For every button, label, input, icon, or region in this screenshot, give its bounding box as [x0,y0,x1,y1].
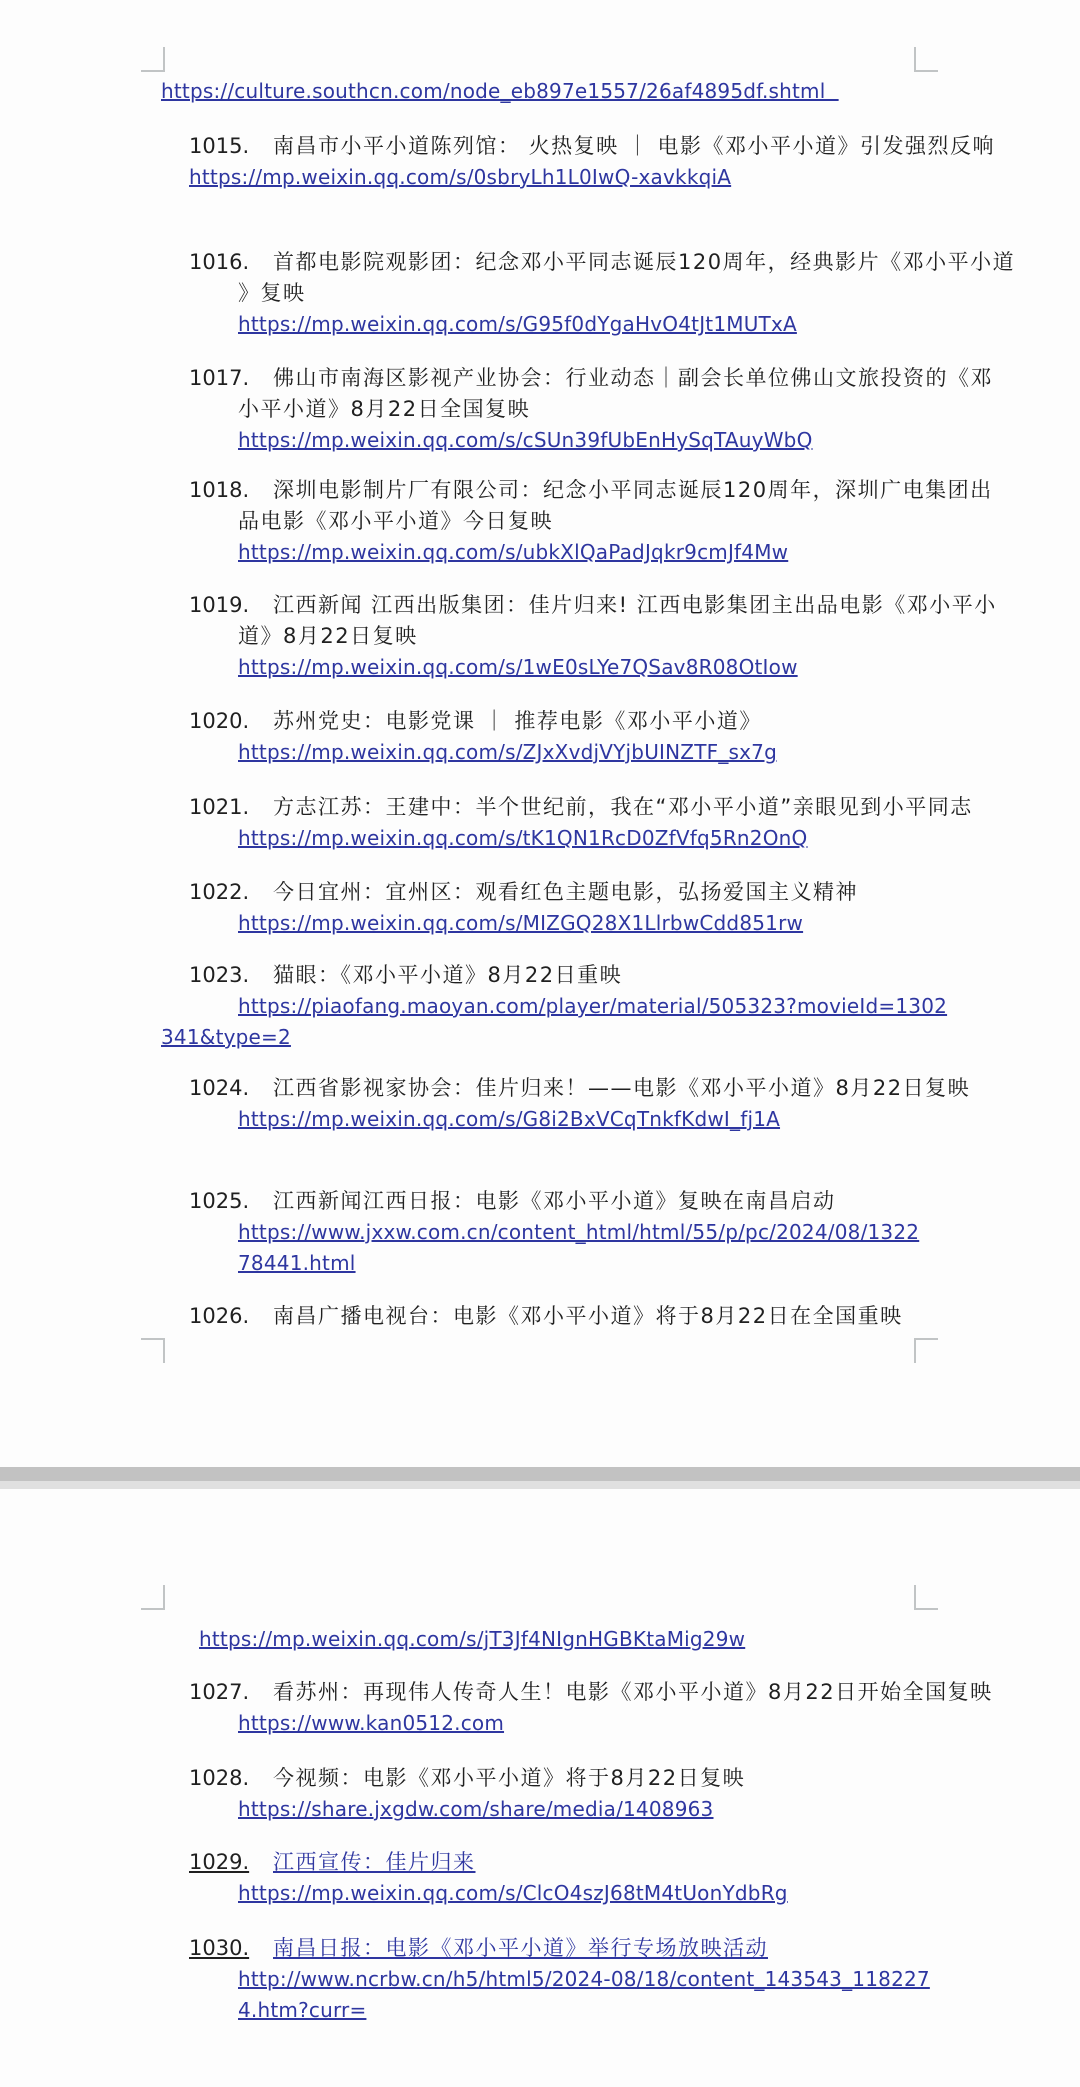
item-number: 1029. [189,1847,249,1878]
text-row: 》复映 [0,278,1080,309]
item-url-link[interactable]: https://share.jxgdw.com/share/media/1408… [238,1794,714,1825]
list-item: 1025.江西新闻江西日报：电影《邓小平小道》复映在南昌启动https://ww… [0,1186,1080,1279]
text-row: https://mp.weixin.qq.com/s/G95f0dYgaHvO4… [0,309,1080,340]
item-title-continuation: 道》8月22日复映 [238,621,418,652]
item-url-link[interactable]: 4.htm?curr= [238,1995,366,2026]
text-row: 1029.江西宣传：佳片归来 [0,1847,1080,1878]
item-title: 江西新闻 江西出版集团：佳片归来! 江西电影集团主出品电影《邓小平小 [273,590,997,621]
text-row: https://www.jxxw.com.cn/content_html/htm… [0,1217,1080,1248]
page2-corner-mark-top-right [914,1585,938,1610]
item-title: 佛山市南海区影视产业协会：行业动态｜副会长单位佛山文旅投资的《邓 [273,363,993,394]
text-row: 1015.南昌市小平小道陈列馆： 火热复映 ｜ 电影《邓小平小道》引发强烈反响 [0,131,1080,162]
text-row: 1017.佛山市南海区影视产业协会：行业动态｜副会长单位佛山文旅投资的《邓 [0,363,1080,394]
text-row: 1028.今视频：电影《邓小平小道》将于8月22日复映 [0,1763,1080,1794]
item-url-link[interactable]: https://piaofang.maoyan.com/player/mater… [238,991,947,1022]
item-url-link[interactable]: 341&type=2 [161,1022,291,1053]
page1-corner-mark-bottom-right [914,1338,938,1363]
item-url-link[interactable]: http://www.ncrbw.cn/h5/html5/2024-08/18/… [238,1964,930,1995]
item-title: 方志江苏：王建中：半个世纪前，我在“邓小平小道”亲眼见到小平同志 [273,792,973,823]
list-item: 1015.南昌市小平小道陈列馆： 火热复映 ｜ 电影《邓小平小道》引发强烈反响h… [0,131,1080,193]
item-title: 今日宜州：宜州区：观看红色主题电影，弘扬爱国主义精神 [273,877,858,908]
text-row: 道》8月22日复映 [0,621,1080,652]
list-item: 1024.江西省影视家协会：佳片归来！——电影《邓小平小道》8月22日复映htt… [0,1073,1080,1135]
list-item: 1028.今视频：电影《邓小平小道》将于8月22日复映https://share… [0,1763,1080,1825]
item-title-link[interactable]: 南昌日报：电影《邓小平小道》举行专场放映活动 [273,1933,768,1964]
text-row: 1022.今日宜州：宜州区：观看红色主题电影，弘扬爱国主义精神 [0,877,1080,908]
item-number: 1023. [189,960,249,991]
item-url-link[interactable]: 78441.html [238,1248,356,1279]
item-number: 1021. [189,792,249,823]
item-url-link[interactable]: https://mp.weixin.qq.com/s/tK1QN1RcD0ZfV… [238,823,808,854]
item-url-link[interactable]: https://mp.weixin.qq.com/s/cSUn39fUbEnHy… [238,425,813,456]
list-item: 1023.猫眼：《邓小平小道》8月22日重映https://piaofang.m… [0,960,1080,1053]
item-number: 1024. [189,1073,249,1104]
item-title-continuation: 小平小道》8月22日全国复映 [238,394,530,425]
list-item: 1016.首都电影院观影团：纪念邓小平同志诞辰120周年，经典影片《邓小平小道》… [0,247,1080,340]
list-item: 1027.看苏州：再现伟人传奇人生！电影《邓小平小道》8月22日开始全国复映ht… [0,1677,1080,1739]
text-row: 小平小道》8月22日全国复映 [0,394,1080,425]
text-row: https://mp.weixin.qq.com/s/MIZGQ28X1Llrb… [0,908,1080,939]
text-row: https://mp.weixin.qq.com/s/tK1QN1RcD0ZfV… [0,823,1080,854]
list-item: 1020.苏州党史：电影党课 ｜ 推荐电影《邓小平小道》https://mp.w… [0,706,1080,768]
list-item: 1030.南昌日报：电影《邓小平小道》举行专场放映活动http://www.nc… [0,1933,1080,2026]
document-canvas: https://culture.southcn.com/node_eb897e1… [0,0,1080,2087]
item-title: 南昌广播电视台：电影《邓小平小道》将于8月22日在全国重映 [273,1301,903,1332]
text-row: https://mp.weixin.qq.com/s/G8i2BxVCqTnkf… [0,1104,1080,1135]
item-title: 南昌市小平小道陈列馆： 火热复映 ｜ 电影《邓小平小道》引发强烈反响 [273,131,995,162]
list-item: 1022.今日宜州：宜州区：观看红色主题电影，弘扬爱国主义精神https://m… [0,877,1080,939]
list-item: 1018.深圳电影制片厂有限公司：纪念小平同志诞辰120周年，深圳广电集团出品电… [0,475,1080,568]
page1-corner-mark-bottom-left [141,1338,165,1363]
list-item: 1026.南昌广播电视台：电影《邓小平小道》将于8月22日在全国重映 [0,1301,1080,1332]
item-number: 1019. [189,590,249,621]
text-row: 1018.深圳电影制片厂有限公司：纪念小平同志诞辰120周年，深圳广电集团出 [0,475,1080,506]
item-url-link[interactable]: https://mp.weixin.qq.com/s/G95f0dYgaHvO4… [238,309,797,340]
text-row: 1021.方志江苏：王建中：半个世纪前，我在“邓小平小道”亲眼见到小平同志 [0,792,1080,823]
page1-corner-mark-top-left [141,47,165,72]
text-row: 1024.江西省影视家协会：佳片归来！——电影《邓小平小道》8月22日复映 [0,1073,1080,1104]
item-number: 1015. [189,131,249,162]
text-row: 1020.苏州党史：电影党课 ｜ 推荐电影《邓小平小道》 [0,706,1080,737]
text-row: https://mp.weixin.qq.com/s/jT3Jf4NIgnHGB… [0,1624,1080,1655]
url-continuation-line: https://mp.weixin.qq.com/s/jT3Jf4NIgnHGB… [0,1624,1080,1655]
page-separator-shadow [0,1481,1080,1489]
item-number: 1018. [189,475,249,506]
item-url-link[interactable]: https://mp.weixin.qq.com/s/ZJxXvdjVYjbUI… [238,737,777,768]
list-item: 1017.佛山市南海区影视产业协会：行业动态｜副会长单位佛山文旅投资的《邓小平小… [0,363,1080,456]
continuation-url-link[interactable]: https://mp.weixin.qq.com/s/jT3Jf4NIgnHGB… [199,1624,745,1655]
item-url-link[interactable]: https://mp.weixin.qq.com/s/0sbryLh1L0IwQ… [189,162,731,193]
text-row: 341&type=2 [0,1022,1080,1053]
text-row: 1016.首都电影院观影团：纪念邓小平同志诞辰120周年，经典影片《邓小平小道 [0,247,1080,278]
item-number: 1027. [189,1677,249,1708]
item-title: 猫眼：《邓小平小道》8月22日重映 [273,960,622,991]
text-row: 1030.南昌日报：电影《邓小平小道》举行专场放映活动 [0,1933,1080,1964]
item-url-link[interactable]: https://mp.weixin.qq.com/s/1wE0sLYe7QSav… [238,652,798,683]
item-number: 1026. [189,1301,249,1332]
item-title: 首都电影院观影团：纪念邓小平同志诞辰120周年，经典影片《邓小平小道 [273,247,1015,278]
item-url-link[interactable]: https://mp.weixin.qq.com/s/ClcO4szJ68tM4… [238,1878,788,1909]
text-row: https://mp.weixin.qq.com/s/1wE0sLYe7QSav… [0,652,1080,683]
item-url-link[interactable]: https://mp.weixin.qq.com/s/ubkXlQaPadJqk… [238,537,788,568]
text-row: https://piaofang.maoyan.com/player/mater… [0,991,1080,1022]
item-url-link[interactable]: https://mp.weixin.qq.com/s/G8i2BxVCqTnkf… [238,1104,780,1135]
text-row: 1023.猫眼：《邓小平小道》8月22日重映 [0,960,1080,991]
item-title: 江西省影视家协会：佳片归来！——电影《邓小平小道》8月22日复映 [273,1073,970,1104]
item-title: 今视频：电影《邓小平小道》将于8月22日复映 [273,1763,745,1794]
item-number: 1017. [189,363,249,394]
text-row: https://mp.weixin.qq.com/s/ubkXlQaPadJqk… [0,537,1080,568]
text-row: http://www.ncrbw.cn/h5/html5/2024-08/18/… [0,1964,1080,1995]
item-number: 1028. [189,1763,249,1794]
continuation-url-link[interactable]: https://culture.southcn.com/node_eb897e1… [161,76,839,107]
text-row: 4.htm?curr= [0,1995,1080,2026]
list-item: 1021.方志江苏：王建中：半个世纪前，我在“邓小平小道”亲眼见到小平同志htt… [0,792,1080,854]
text-row: 78441.html [0,1248,1080,1279]
item-url-link[interactable]: https://www.jxxw.com.cn/content_html/htm… [238,1217,919,1248]
item-number: 1030. [189,1933,249,1964]
page2-corner-mark-top-left [141,1585,165,1610]
text-row: 1025.江西新闻江西日报：电影《邓小平小道》复映在南昌启动 [0,1186,1080,1217]
url-continuation-line: https://culture.southcn.com/node_eb897e1… [0,76,1080,107]
item-title: 看苏州：再现伟人传奇人生！电影《邓小平小道》8月22日开始全国复映 [273,1677,993,1708]
item-title-continuation: 》复映 [238,278,306,309]
page-separator-band [0,1467,1080,1481]
text-row: https://mp.weixin.qq.com/s/ClcO4szJ68tM4… [0,1878,1080,1909]
list-item: 1029.江西宣传：佳片归来https://mp.weixin.qq.com/s… [0,1847,1080,1909]
text-row: https://culture.southcn.com/node_eb897e1… [0,76,1080,107]
text-row: https://www.kan0512.com [0,1708,1080,1739]
text-row: 1019.江西新闻 江西出版集团：佳片归来! 江西电影集团主出品电影《邓小平小 [0,590,1080,621]
item-title: 苏州党史：电影党课 ｜ 推荐电影《邓小平小道》 [273,706,762,737]
text-row: https://share.jxgdw.com/share/media/1408… [0,1794,1080,1825]
item-url-link[interactable]: https://mp.weixin.qq.com/s/MIZGQ28X1Llrb… [238,908,803,939]
text-row: 品电影《邓小平小道》今日复映 [0,506,1080,537]
item-title: 深圳电影制片厂有限公司：纪念小平同志诞辰120周年，深圳广电集团出 [273,475,993,506]
item-title-continuation: 品电影《邓小平小道》今日复映 [238,506,553,537]
list-item: 1019.江西新闻 江西出版集团：佳片归来! 江西电影集团主出品电影《邓小平小道… [0,590,1080,683]
page1-corner-mark-top-right [914,47,938,72]
item-title: 江西新闻江西日报：电影《邓小平小道》复映在南昌启动 [273,1186,836,1217]
text-row: 1027.看苏州：再现伟人传奇人生！电影《邓小平小道》8月22日开始全国复映 [0,1677,1080,1708]
text-row: https://mp.weixin.qq.com/s/cSUn39fUbEnHy… [0,425,1080,456]
text-row: https://mp.weixin.qq.com/s/ZJxXvdjVYjbUI… [0,737,1080,768]
item-number: 1016. [189,247,249,278]
item-number: 1022. [189,877,249,908]
item-number: 1020. [189,706,249,737]
item-number: 1025. [189,1186,249,1217]
item-title-link[interactable]: 江西宣传：佳片归来 [273,1847,476,1878]
text-row: 1026.南昌广播电视台：电影《邓小平小道》将于8月22日在全国重映 [0,1301,1080,1332]
item-url-link[interactable]: https://www.kan0512.com [238,1708,504,1739]
text-row: https://mp.weixin.qq.com/s/0sbryLh1L0IwQ… [0,162,1080,193]
